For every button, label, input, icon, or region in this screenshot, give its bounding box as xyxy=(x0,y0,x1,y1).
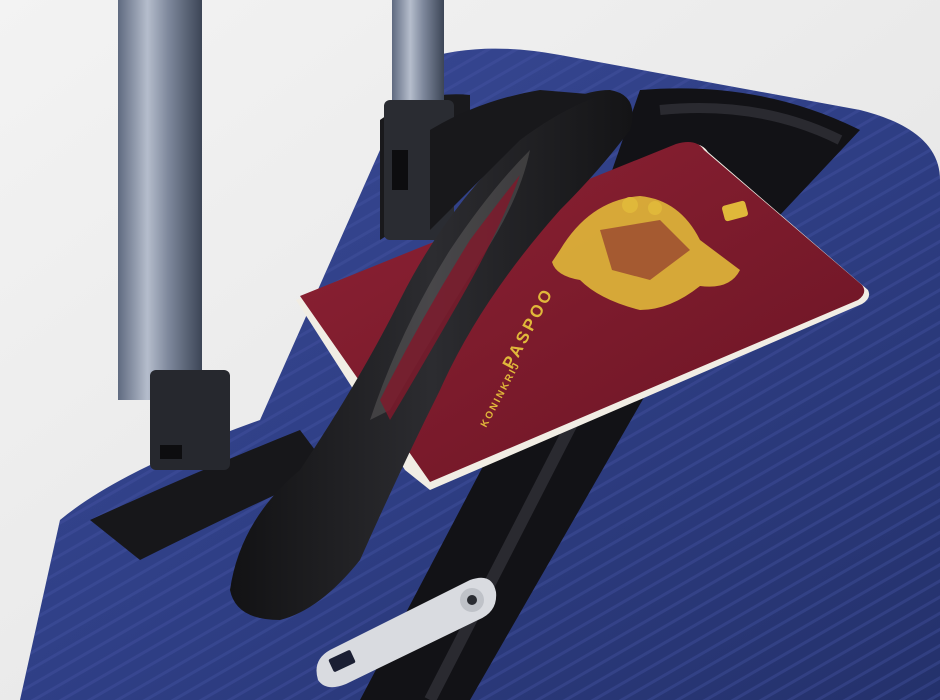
photo-scene: PASPOO KONINKRIJ xyxy=(0,0,940,700)
